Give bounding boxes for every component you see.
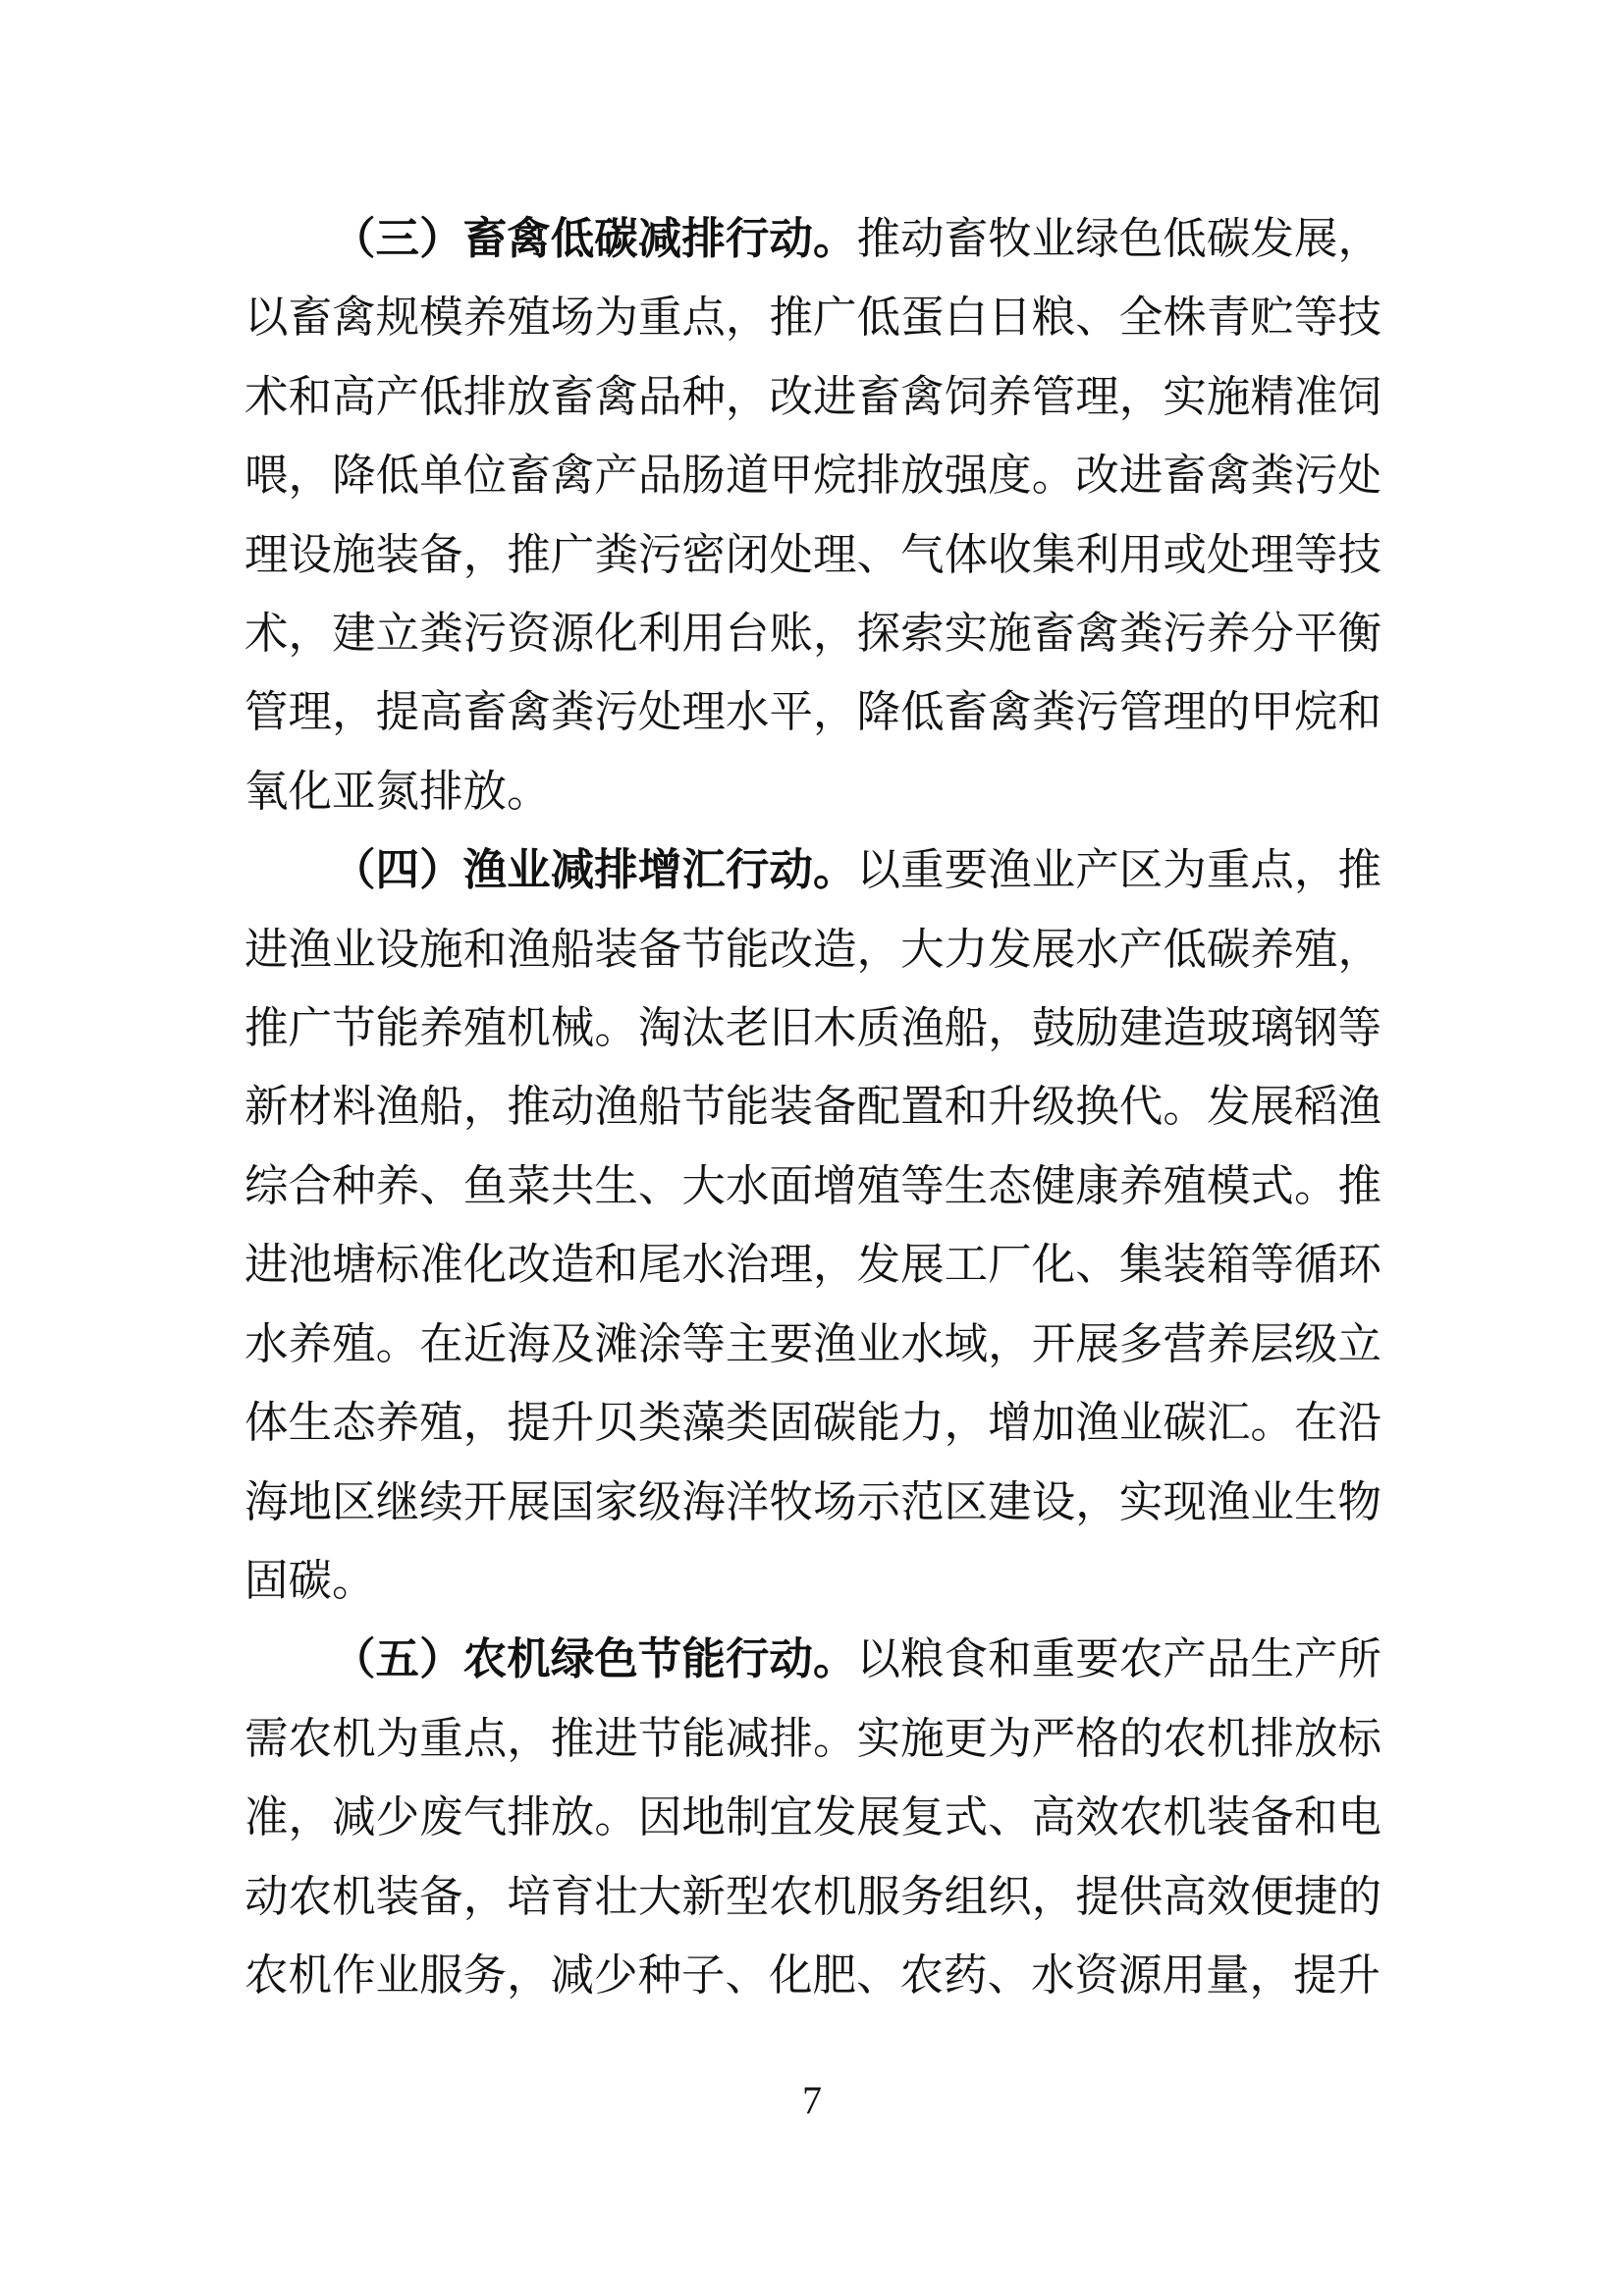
section-3-heading: （三）畜禽低碳减排行动。 xyxy=(332,214,857,263)
page-footer: 7 xyxy=(0,2079,1624,2122)
section-4-text: 以重要渔业产区为重点，推进渔业设施和渔船装备节能改造，大力发展水产低碳养殖，推广… xyxy=(244,845,1381,1605)
page-number: 7 xyxy=(802,2078,822,2122)
section-5-text: 以粮食和重要农产品生产所需农机为重点，推进节能减排。实施更为严格的农机排放标准，… xyxy=(244,1634,1381,2000)
section-5-heading: （五）农机绿色节能行动。 xyxy=(332,1634,857,1683)
section-3-text: 推动畜牧业绿色低碳发展，以畜禽规模养殖场为重点，推广低蛋白日粮、全株青贮等技术和… xyxy=(244,214,1381,816)
document-page: （三）畜禽低碳减排行动。推动畜牧业绿色低碳发展，以畜禽规模养殖场为重点，推广低蛋… xyxy=(0,0,1624,2296)
document-body: （三）畜禽低碳减排行动。推动畜牧业绿色低碳发展，以畜禽规模养殖场为重点，推广低蛋… xyxy=(244,199,1381,2014)
paragraph-section-3: （三）畜禽低碳减排行动。推动畜牧业绿色低碳发展，以畜禽规模养殖场为重点，推广低蛋… xyxy=(244,199,1381,830)
paragraph-section-4: （四）渔业减排增汇行动。以重要渔业产区为重点，推进渔业设施和渔船装备节能改造，大… xyxy=(244,830,1381,1620)
section-4-heading: （四）渔业减排增汇行动。 xyxy=(332,845,857,894)
paragraph-section-5: （五）农机绿色节能行动。以粮食和重要农产品生产所需农机为重点，推进节能减排。实施… xyxy=(244,1620,1381,2014)
